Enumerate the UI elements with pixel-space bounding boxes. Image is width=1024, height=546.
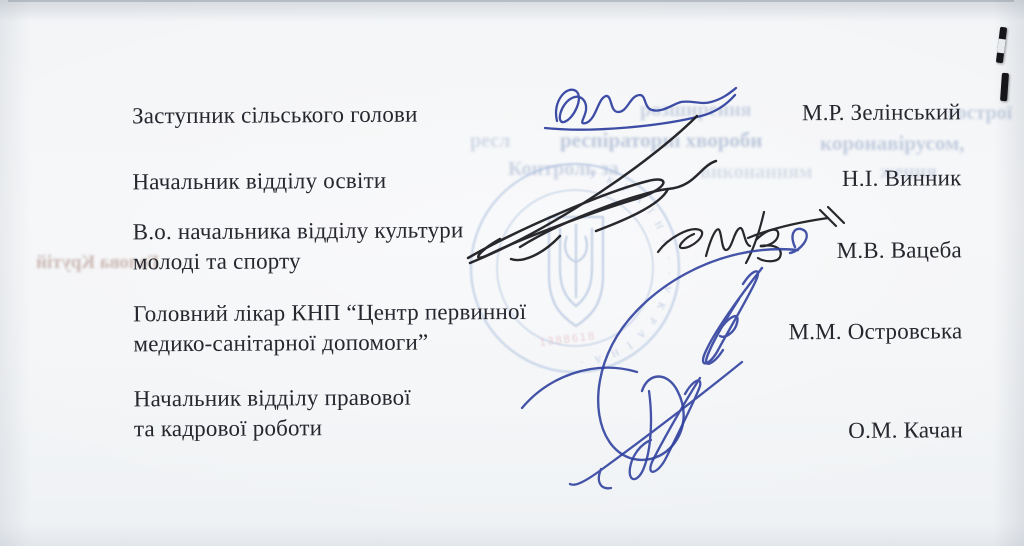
title-row-4: Головний лікар КНП “Центр первинної меди…: [133, 296, 603, 359]
title-line: медико-санітарної допомоги”: [133, 326, 603, 359]
title-line: Начальник відділу правової: [134, 381, 604, 414]
title-line: Заступник сільського голови: [132, 102, 418, 129]
name-row-1: М.Р. Зелінський: [601, 98, 961, 128]
title-line: В.о. начальника відділу культури: [133, 214, 603, 247]
name-row-4: М.М. Островська: [602, 317, 962, 347]
name-row-2: Н.І. Винник: [601, 164, 961, 194]
title-line: Головний лікар КНП “Центр первинної: [133, 296, 603, 329]
title-line: молоді та спорту: [133, 244, 603, 277]
title-row-3: В.о. начальника відділу культури молоді …: [133, 214, 603, 277]
scanned-document-page: { "document": { "kind": "signature page …: [0, 0, 1024, 546]
title-row-1: Заступник сільського голови: [132, 98, 602, 131]
name-row-5: О.М. Качан: [603, 416, 963, 446]
title-line: Начальник відділу освіти: [132, 168, 386, 195]
document-content: Заступник сільського голови М.Р. Зелінсь…: [0, 0, 1024, 546]
title-line: та кадрової роботи: [134, 411, 604, 444]
title-row-5: Начальник відділу правової та кадрової р…: [134, 381, 604, 444]
title-row-2: Начальник відділу освіти: [132, 164, 602, 197]
name-row-3: М.В. Вацеба: [602, 236, 962, 266]
